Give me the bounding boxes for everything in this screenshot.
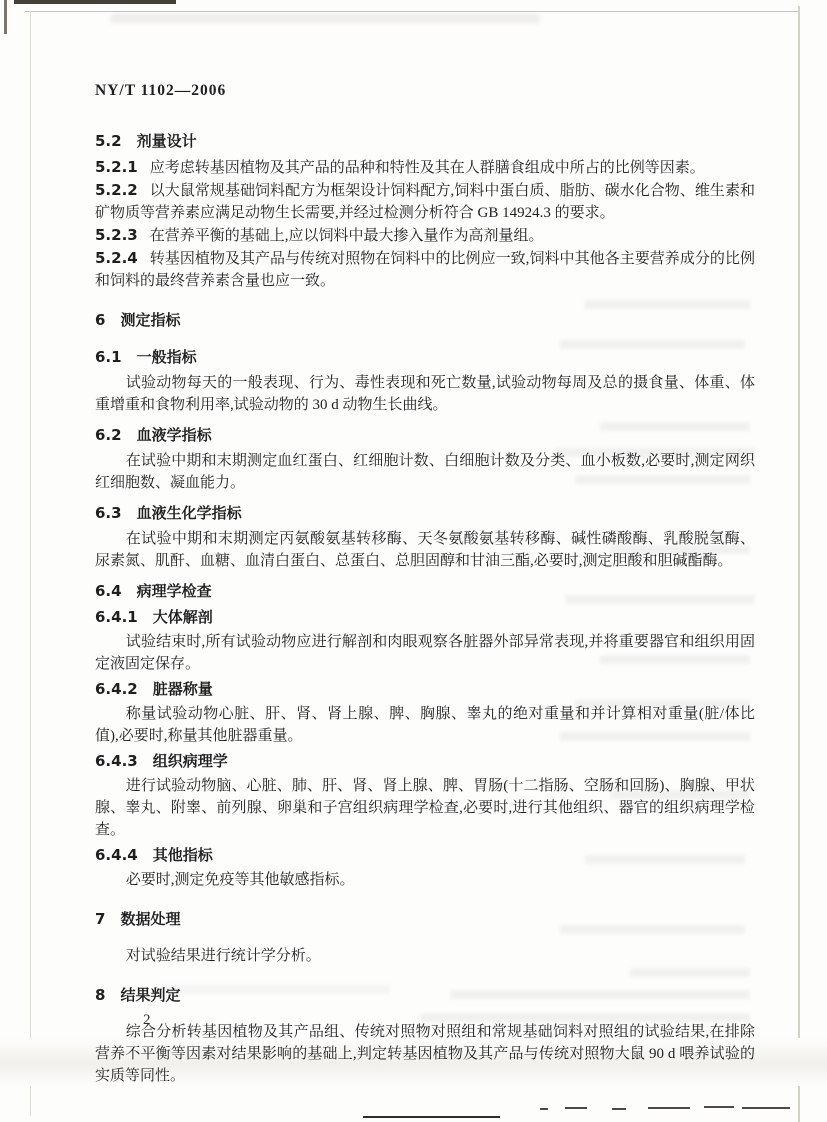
heading-7: 7数据处理: [95, 908, 755, 930]
clause-text: 应考虑转基因植物及其产品的品种和特性及其在人群膳食组成中所占的比例等因素。: [150, 160, 705, 176]
standard-code: NY/T 1102—2006: [95, 80, 755, 102]
clause-number: 6: [95, 311, 105, 329]
clause-text: 在营养平衡的基础上,应以饲料中最大掺入量作为高剂量组。: [150, 228, 544, 244]
clause-number: 5.2: [95, 132, 122, 150]
clause-number: 6.4.2: [95, 680, 138, 698]
clause-title: 血液生化学指标: [137, 504, 242, 522]
clause-title: 结果判定: [120, 986, 180, 1004]
clause-title: 组织病理学: [153, 752, 228, 770]
clause-title: 大体解剖: [153, 608, 213, 626]
clause-5-2-1: 5.2.1应考虑转基因植物及其产品的品种和特性及其在人群膳食组成中所占的比例等因…: [95, 156, 755, 179]
clause-title: 剂量设计: [137, 132, 197, 150]
heading-6-1: 6.1一般指标: [95, 346, 755, 368]
page-number: 2: [143, 1012, 151, 1029]
heading-6-4: 6.4病理学检查: [95, 580, 755, 602]
clause-number: 5.2.4: [95, 249, 138, 267]
heading-6-3: 6.3血液生化学指标: [95, 502, 755, 524]
clause-number: 7: [95, 910, 105, 928]
heading-6-4-3: 6.4.3组织病理学: [95, 750, 755, 772]
clause-number: 6.2: [95, 426, 122, 444]
scan-border-top: [25, 11, 799, 12]
clause-title: 测定指标: [120, 311, 180, 329]
paragraph-6-4-2: 称量试验动物心脏、肝、肾、肾上腺、脾、胸腺、睾丸的绝对重量和并计算相对重量(脏/…: [95, 703, 755, 747]
clause-title: 一般指标: [137, 348, 197, 366]
clause-title: 脏器称量: [153, 680, 213, 698]
paragraph-6-4-1: 试验结束时,所有试验动物应进行解剖和肉眼观察各脏器外部异常表现,并将重要器官和组…: [95, 631, 755, 675]
paragraph-7: 对试验结果进行统计学分析。: [95, 945, 755, 967]
clause-title: 血液学指标: [137, 426, 212, 444]
clause-number: 6.4.4: [95, 846, 138, 864]
heading-6-4-2: 6.4.2脏器称量: [95, 678, 755, 700]
paragraph-6-3: 在试验中期和末期测定丙氨酸氨基转移酶、天冬氨酸氨基转移酶、碱性磷酸酶、乳酸脱氢酶…: [95, 528, 755, 572]
scan-noise-artifact: [110, 14, 540, 23]
scan-border-left: [30, 11, 31, 1116]
scan-border-right: [798, 6, 800, 1122]
scan-edge-mark-left: [4, 0, 7, 34]
clause-title: 数据处理: [120, 910, 180, 928]
clause-number: 6.4.1: [95, 608, 138, 626]
paragraph-6-1: 试验动物每天的一般表现、行为、毒性表现和死亡数量,试验动物每周及总的摄食量、体重…: [95, 372, 755, 416]
end-of-document-rule: [363, 1116, 500, 1118]
clause-number: 5.2.3: [95, 226, 138, 244]
clause-number: 6.1: [95, 348, 122, 366]
heading-5-2: 5.2剂量设计: [95, 130, 755, 152]
paragraph-6-2: 在试验中期和末期测定血红蛋白、红细胞计数、白细胞计数及分类、血小板数,必要时,测…: [95, 450, 755, 494]
clause-5-2-4: 5.2.4转基因植物及其产品与传统对照物在饲料中的比例应一致,饲料中其他各主要营…: [95, 247, 755, 292]
paragraph-6-4-4: 必要时,测定免疫等其他敏感指标。: [95, 869, 755, 891]
heading-6-4-1: 6.4.1大体解剖: [95, 606, 755, 628]
clause-5-2-3: 5.2.3在营养平衡的基础上,应以饲料中最大掺入量作为高剂量组。: [95, 224, 755, 247]
clause-number: 6.4.3: [95, 752, 138, 770]
clause-title: 病理学检查: [137, 582, 212, 600]
scanned-document-page: NY/T 1102—2006 5.2剂量设计 5.2.1应考虑转基因植物及其产品…: [0, 0, 827, 1122]
heading-6-2: 6.2血液学指标: [95, 424, 755, 446]
clause-number: 6.3: [95, 504, 122, 522]
clause-number: 6.4: [95, 582, 122, 600]
clause-number: 5.2.1: [95, 158, 138, 176]
heading-8: 8结果判定: [95, 984, 755, 1006]
heading-6: 6测定指标: [95, 309, 755, 331]
paragraph-6-4-3: 进行试验动物脑、心脏、肺、肝、肾、肾上腺、脾、胃肠(十二指肠、空肠和回肠)、胸腺…: [95, 775, 755, 841]
paragraph-8: 综合分析转基因植物及其产品组、传统对照物对照组和常规基础饲料对照组的试验结果,在…: [95, 1021, 755, 1087]
clause-text: 转基因植物及其产品与传统对照物在饲料中的比例应一致,饲料中其他各主要营养成分的比…: [95, 251, 755, 289]
document-content: NY/T 1102—2006 5.2剂量设计 5.2.1应考虑转基因植物及其产品…: [95, 80, 755, 1118]
clause-number: 5.2.2: [95, 181, 138, 199]
clause-title: 其他指标: [153, 846, 213, 864]
heading-6-4-4: 6.4.4其他指标: [95, 844, 755, 866]
clause-number: 8: [95, 986, 105, 1004]
clause-5-2-2: 5.2.2以大鼠常规基础饲料配方为框架设计饲料配方,饲料中蛋白质、脂肪、碳水化合…: [95, 179, 755, 224]
clause-text: 以大鼠常规基础饲料配方为框架设计饲料配方,饲料中蛋白质、脂肪、碳水化合物、维生素…: [95, 183, 755, 221]
scan-edge-mark-top: [14, 0, 176, 4]
